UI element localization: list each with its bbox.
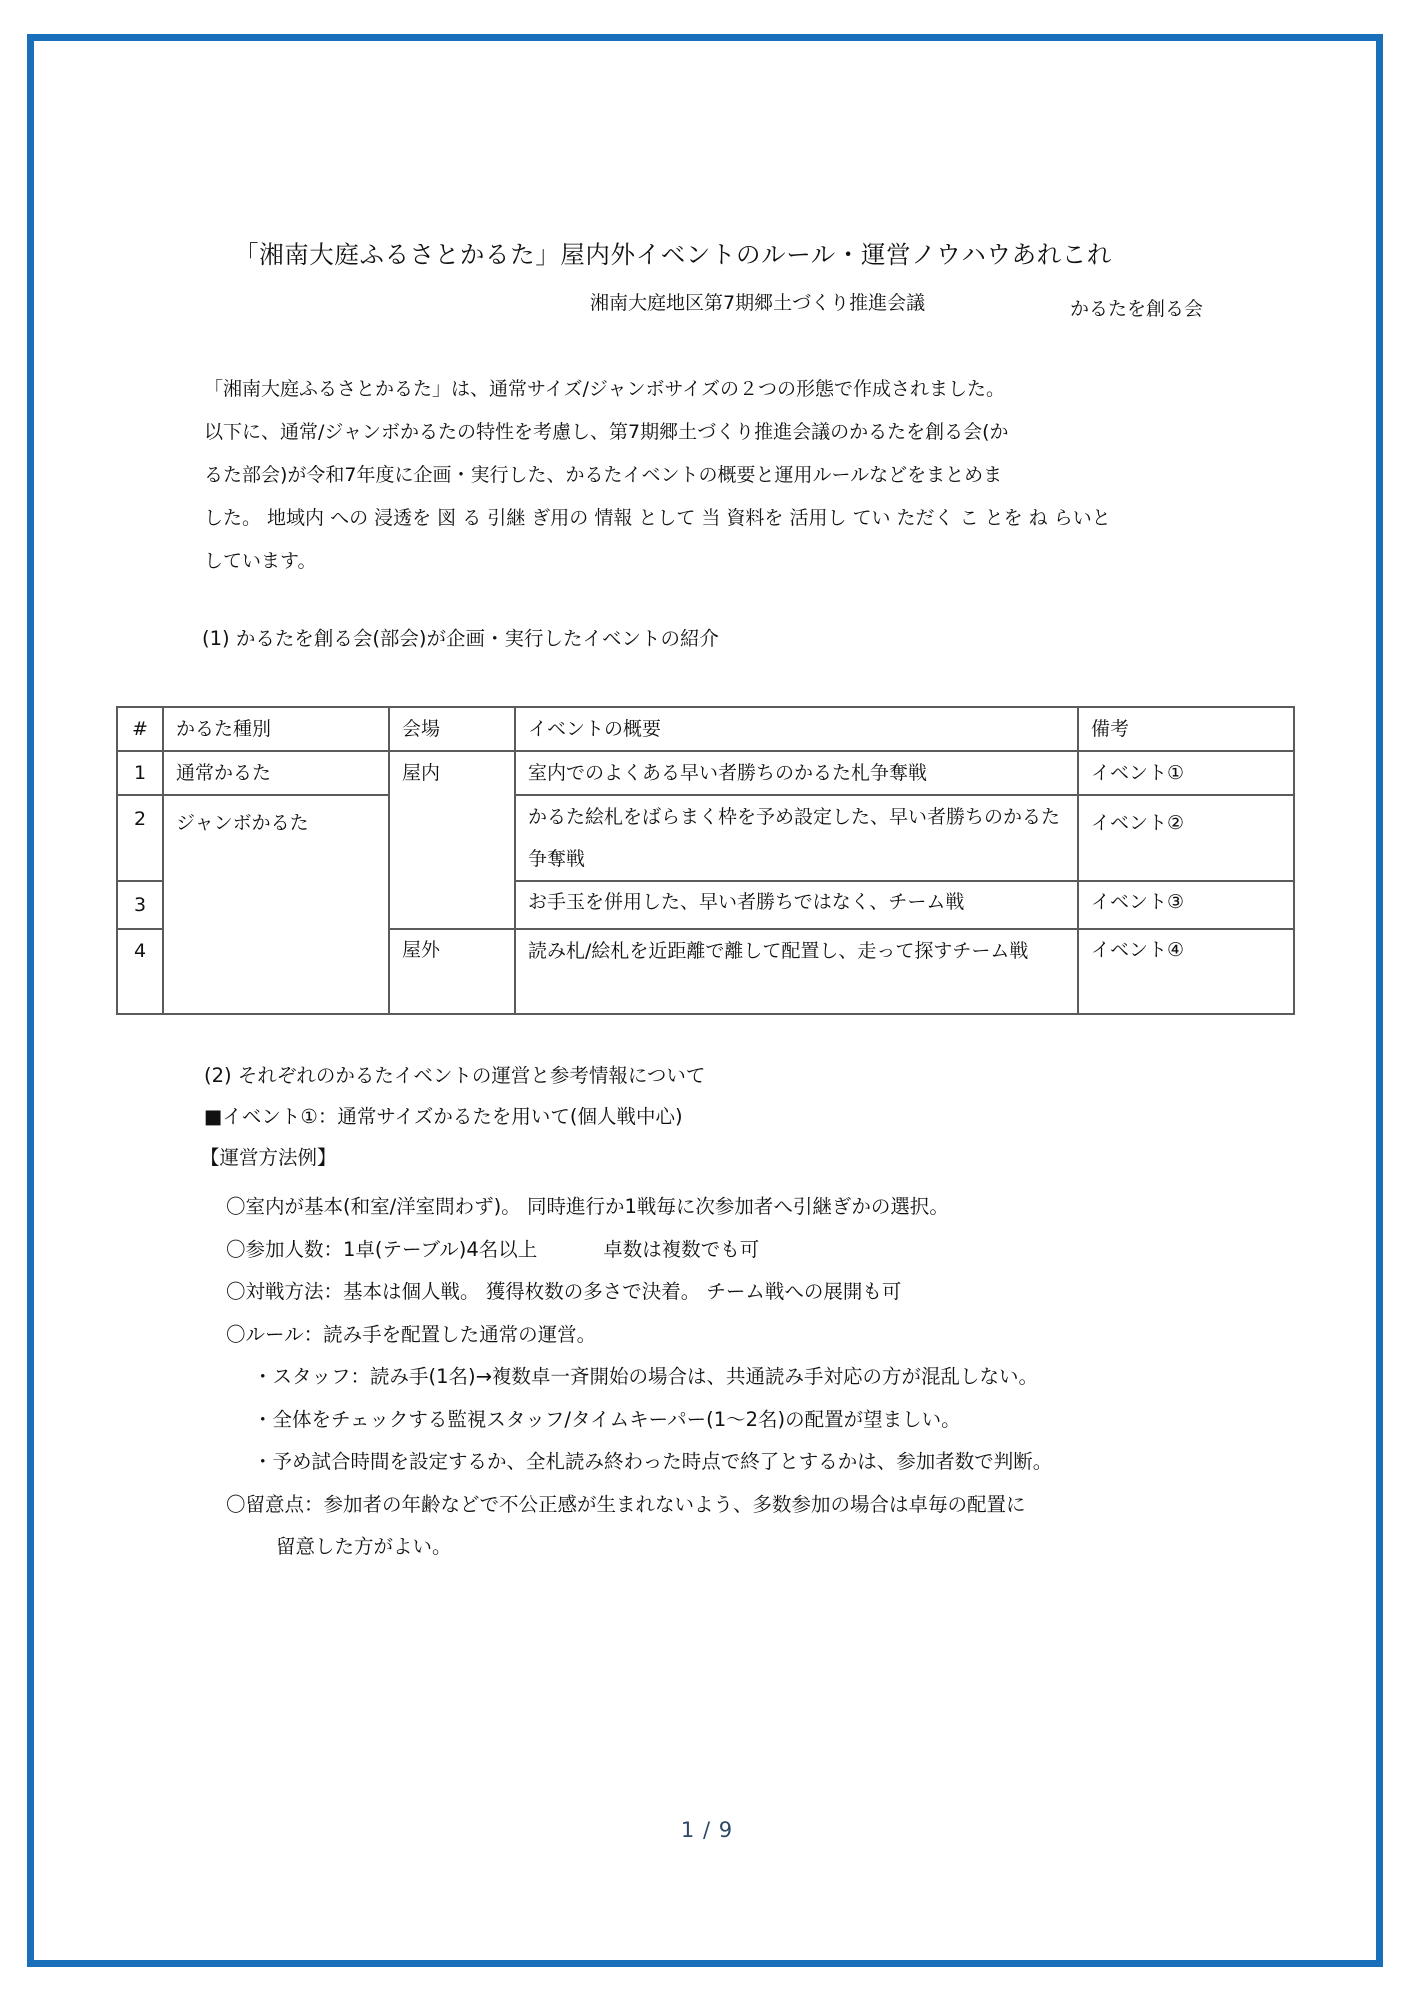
intro-line: るた部会)が令和7年度に企画・実行した、かるたイベントの概要と運用ルールなどをま…	[204, 454, 1324, 497]
item-match-method: 〇対戦方法：基本は個人戦。 獲得枚数の多さで決着。 チーム戦への展開も可	[226, 1271, 1052, 1314]
row-type: ジャンボかるた	[163, 795, 389, 1014]
document-title: 「湘南大庭ふるさとかるた」屋内外イベントのルール・運営ノウハウあれこれ	[234, 236, 1112, 271]
sub-organization-name: かるたを創る会	[1070, 294, 1203, 321]
row-num: 4	[117, 929, 163, 1014]
rule-detail: ・スタッフ：読み手(1名)→複数卓一斉開始の場合は、共通読み手対応の方が混乱しな…	[226, 1356, 1052, 1399]
item-notes: 〇留意点：参加者の年齢などで不公正感が生まれないよう、多数参加の場合は卓毎の配置…	[226, 1484, 1052, 1527]
operation-items: 〇室内が基本(和室/洋室問わず)。 同時進行か1戦毎に次参加者へ引継ぎかの選択。…	[226, 1186, 1052, 1569]
row-note: イベント③	[1078, 881, 1294, 929]
row-num: 2	[117, 795, 163, 881]
header-summary: イベントの概要	[515, 707, 1078, 751]
header-num: #	[117, 707, 163, 751]
table-header-row: # かるた種別 会場 イベントの概要 備考	[117, 707, 1294, 751]
section2: (2) それぞれのかるたイベントの運営と参考情報について ■イベント①：通常サイ…	[204, 1055, 705, 1178]
page-indicator: 1 / 9	[0, 1818, 1414, 1842]
events-table: # かるた種別 会場 イベントの概要 備考 1 通常かるた 屋内 室内でのよくあ…	[116, 706, 1295, 1015]
row-venue: 屋内	[389, 751, 515, 929]
row-type: 通常かるた	[163, 751, 389, 795]
header-type: かるた種別	[163, 707, 389, 751]
intro-line: 以下に、通常/ジャンボかるたの特性を考慮し、第7期郷土づくり推進会議のかるたを創…	[204, 411, 1324, 454]
table-row: 2 ジャンボかるた かるた絵札をばらまく枠を予め設定した、早い者勝ちのかるた争奪…	[117, 795, 1294, 881]
row-summary: 室内でのよくある早い者勝ちのかるた札争奪戦	[515, 751, 1078, 795]
row-num: 3	[117, 881, 163, 929]
intro-line: した。 地域内 への 浸透を 図 る 引継 ぎ用の 情報 として 当 資料を 活…	[204, 497, 1324, 540]
organization-name: 湘南大庭地区第7期郷土づくり推進会議	[590, 288, 925, 315]
intro-paragraph: 「湘南大庭ふるさとかるた」は、通常サイズ/ジャンボサイズの２つの形態で作成されま…	[204, 368, 1324, 583]
row-venue: 屋外	[389, 929, 515, 1014]
table-row: 1 通常かるた 屋内 室内でのよくある早い者勝ちのかるた札争奪戦 イベント①	[117, 751, 1294, 795]
row-note: イベント①	[1078, 751, 1294, 795]
header-venue: 会場	[389, 707, 515, 751]
item-rules: 〇ルール：読み手を配置した通常の運営。	[226, 1314, 1052, 1357]
event1-heading: ■イベント①：通常サイズかるたを用いて(個人戦中心)	[204, 1096, 705, 1137]
row-note: イベント②	[1078, 795, 1294, 881]
intro-line: しています。	[204, 540, 1324, 583]
section2-heading: (2) それぞれのかるたイベントの運営と参考情報について	[204, 1055, 705, 1096]
item-participants: 〇参加人数：1卓(テーブル)4名以上卓数は複数でも可	[226, 1229, 1052, 1272]
row-summary: お手玉を併用した、早い者勝ちではなく、チーム戦	[515, 881, 1078, 929]
row-note: イベント④	[1078, 929, 1294, 1014]
row-summary: 読み札/絵札を近距離で離して配置し、走って探すチーム戦	[515, 929, 1078, 1014]
rule-detail: ・予め試合時間を設定するか、全札読み終わった時点で終了とするかは、参加者数で判断…	[226, 1441, 1052, 1484]
operation-heading: 【運営方法例】	[200, 1137, 705, 1178]
rule-detail: ・全体をチェックする監視スタッフ/タイムキーパー(1〜2名)の配置が望ましい。	[226, 1399, 1052, 1442]
header-note: 備考	[1078, 707, 1294, 751]
row-num: 1	[117, 751, 163, 795]
item-notes-continued: 留意した方がよい。	[226, 1526, 1052, 1569]
intro-line: 「湘南大庭ふるさとかるた」は、通常サイズ/ジャンボサイズの２つの形態で作成されま…	[204, 368, 1324, 411]
row-summary: かるた絵札をばらまく枠を予め設定した、早い者勝ちのかるた争奪戦	[515, 795, 1078, 881]
item-venue: 〇室内が基本(和室/洋室問わず)。 同時進行か1戦毎に次参加者へ引継ぎかの選択。	[226, 1186, 1052, 1229]
section1-heading: (1) かるたを創る会(部会)が企画・実行したイベントの紹介	[202, 623, 719, 651]
participants-extra: 卓数は複数でも可	[603, 1238, 759, 1261]
participants-main: 〇参加人数：1卓(テーブル)4名以上	[226, 1238, 537, 1261]
